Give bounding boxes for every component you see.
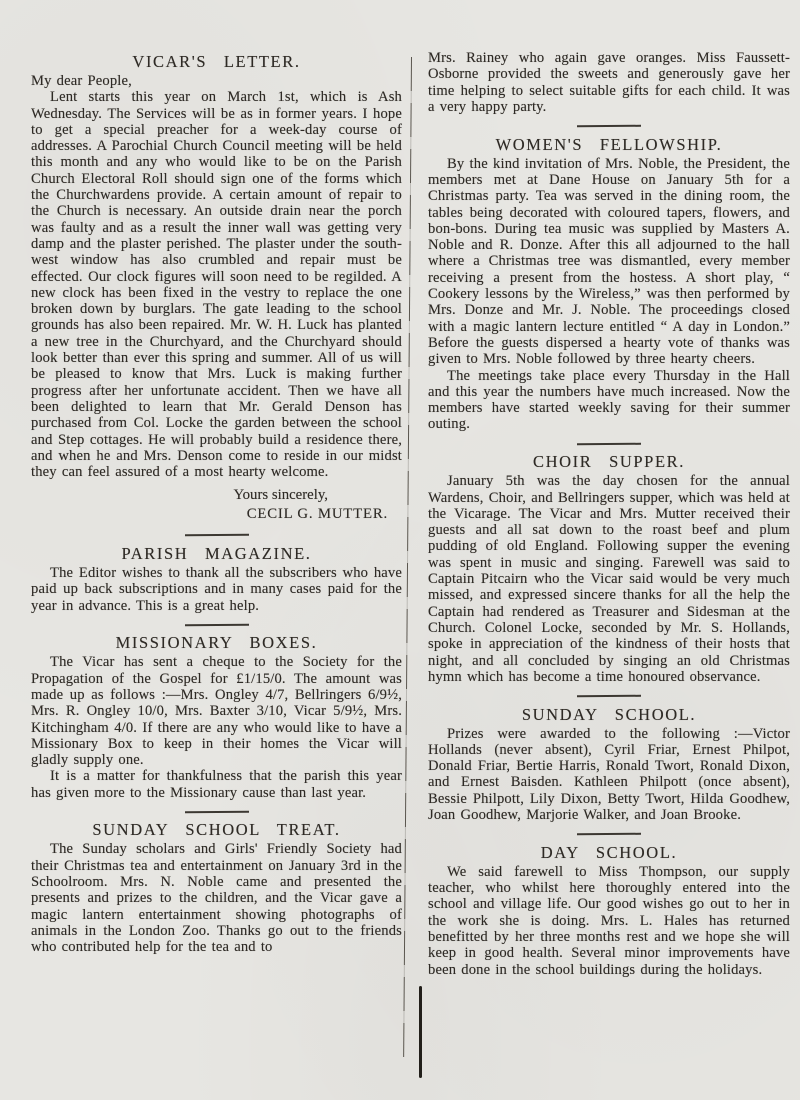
missionary-boxes-body: The Vicar has sent a cheque to the Socie… bbox=[31, 654, 402, 768]
parish-magazine-body: The Editor wishes to thank all the subsc… bbox=[31, 565, 402, 614]
choir-supper-body: January 5th was the day chosen for the a… bbox=[428, 473, 790, 685]
section-divider-rule bbox=[577, 125, 641, 127]
vicars-letter-body: Lent starts this year on March 1st, whic… bbox=[31, 89, 402, 480]
sunday-school-treat-continuation: Mrs. Rainey who again gave oranges. Miss… bbox=[428, 50, 790, 115]
day-school-body: We said farewell to Miss Thompson, our s… bbox=[428, 864, 790, 978]
parish-magazine-page: VICAR'S LETTER. My dear People, Lent sta… bbox=[0, 0, 800, 1100]
section-title-vicars-letter: VICAR'S LETTER. bbox=[31, 52, 402, 71]
vicars-letter-salutation: My dear People, bbox=[31, 73, 402, 89]
sunday-school-treat-body: The Sunday scholars and Girls' Friendly … bbox=[31, 841, 402, 955]
right-column: Mrs. Rainey who again gave oranges. Miss… bbox=[428, 50, 790, 978]
section-title-choir-supper: CHOIR SUPPER. bbox=[428, 452, 790, 471]
section-title-sunday-school: SUNDAY SCHOOL. bbox=[428, 705, 790, 724]
signoff-name: CECIL G. MUTTER. bbox=[31, 505, 402, 524]
womens-fellowship-body: By the kind invitation of Mrs. Noble, th… bbox=[428, 156, 790, 368]
section-title-missionary-boxes: MISSIONARY BOXES. bbox=[31, 633, 402, 652]
section-title-womens-fellowship: WOMEN'S FELLOWSHIP. bbox=[428, 135, 790, 154]
section-title-day-school: DAY SCHOOL. bbox=[428, 843, 790, 862]
section-divider-rule bbox=[577, 833, 641, 835]
womens-fellowship-body-2: The meetings take place every Thursday i… bbox=[428, 368, 790, 433]
section-divider-rule bbox=[577, 443, 641, 445]
section-title-parish-magazine: PARISH MAGAZINE. bbox=[31, 544, 402, 563]
missionary-boxes-body-2: It is a matter for thankfulness that the… bbox=[31, 768, 402, 801]
section-divider-rule bbox=[184, 534, 248, 536]
section-title-sunday-school-treat: SUNDAY SCHOOL TREAT. bbox=[31, 820, 402, 839]
section-divider-rule bbox=[577, 695, 641, 697]
column-divider-rule bbox=[403, 57, 412, 1057]
left-column: VICAR'S LETTER. My dear People, Lent sta… bbox=[31, 52, 402, 956]
section-divider-rule bbox=[184, 624, 248, 626]
section-divider-rule bbox=[184, 811, 248, 813]
signoff-closing: Yours sincerely, bbox=[31, 486, 402, 505]
sunday-school-body: Prizes were awarded to the following :—V… bbox=[428, 726, 790, 824]
column-divider-ink-mark bbox=[419, 986, 422, 1078]
